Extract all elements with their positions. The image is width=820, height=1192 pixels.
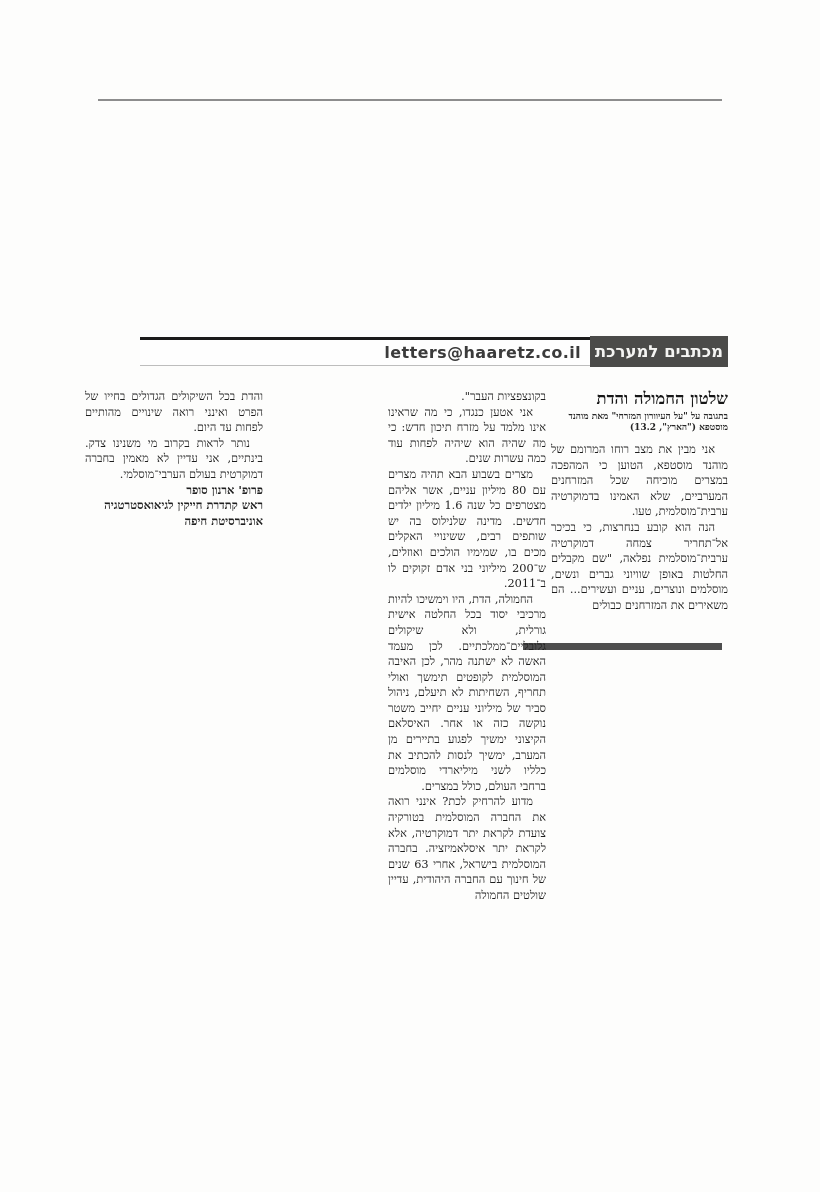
paragraph: החמולה, הדת, היו וימשיכו להיות מרכיבי יס… [388,592,546,795]
column-middle: בקונצפציות העבר". אני אטען כנגדו, כי מה … [388,389,546,904]
signature-name: פרופ' ארנון סופר [85,483,263,499]
paragraph: נותר לראות בקרוב מי משנינו צדק. בינתיים,… [85,436,263,483]
section-title: מכתבים למערכת [595,342,723,361]
column-left: והדת בכל השיקולים הגדולים בחייו של הפרט … [85,389,263,529]
credit-line-1: בתגובה על "על העיוורון המזרחי" מאת מוהנד [551,412,728,423]
paragraph: מצרים בשבוע הבא תהיה מצרים עם 80 מיליון … [388,467,546,592]
paragraph: בקונצפציות העבר". [388,389,546,405]
section-title-box: מכתבים למערכת [590,336,728,367]
divider-bar [523,643,722,650]
letters-to-editor-header: letters@haaretz.co.il מכתבים למערכת [140,336,728,369]
paragraph: הנה הוא קובע בנחרצות, כי בכיכר אל־תחריר … [551,520,728,614]
newspaper-clipping-page: letters@haaretz.co.il מכתבים למערכת שלטו… [0,0,820,1192]
top-rule [98,99,722,101]
signature-org: אוניברסיטת חיפה [85,514,263,530]
credit-line-2: מוסטפא ("הארץ", 13.2) [551,423,728,434]
paragraph: אני אטען כנגדו, כי מה שראינו אינו מלמד ע… [388,405,546,467]
email-box: letters@haaretz.co.il [140,337,590,366]
credit-line: בתגובה על "על העיוורון המזרחי" מאת מוהנד… [551,412,728,434]
paragraph: אני מבין את מצב רוחו המרומם של מוהנד מוס… [551,442,728,520]
column-right: שלטון החמולה והדת בתגובה על "על העיוורון… [551,389,728,614]
email-address: letters@haaretz.co.il [384,343,581,362]
article-headline: שלטון החמולה והדת [551,389,728,408]
paragraph: והדת בכל השיקולים הגדולים בחייו של הפרט … [85,389,263,436]
paragraph: מדוע להרחיק לכת? אינני רואה את החברה המו… [388,794,546,903]
signature-title: ראש קתדרת חייקין לגיאואסטרטגיה [85,498,263,514]
